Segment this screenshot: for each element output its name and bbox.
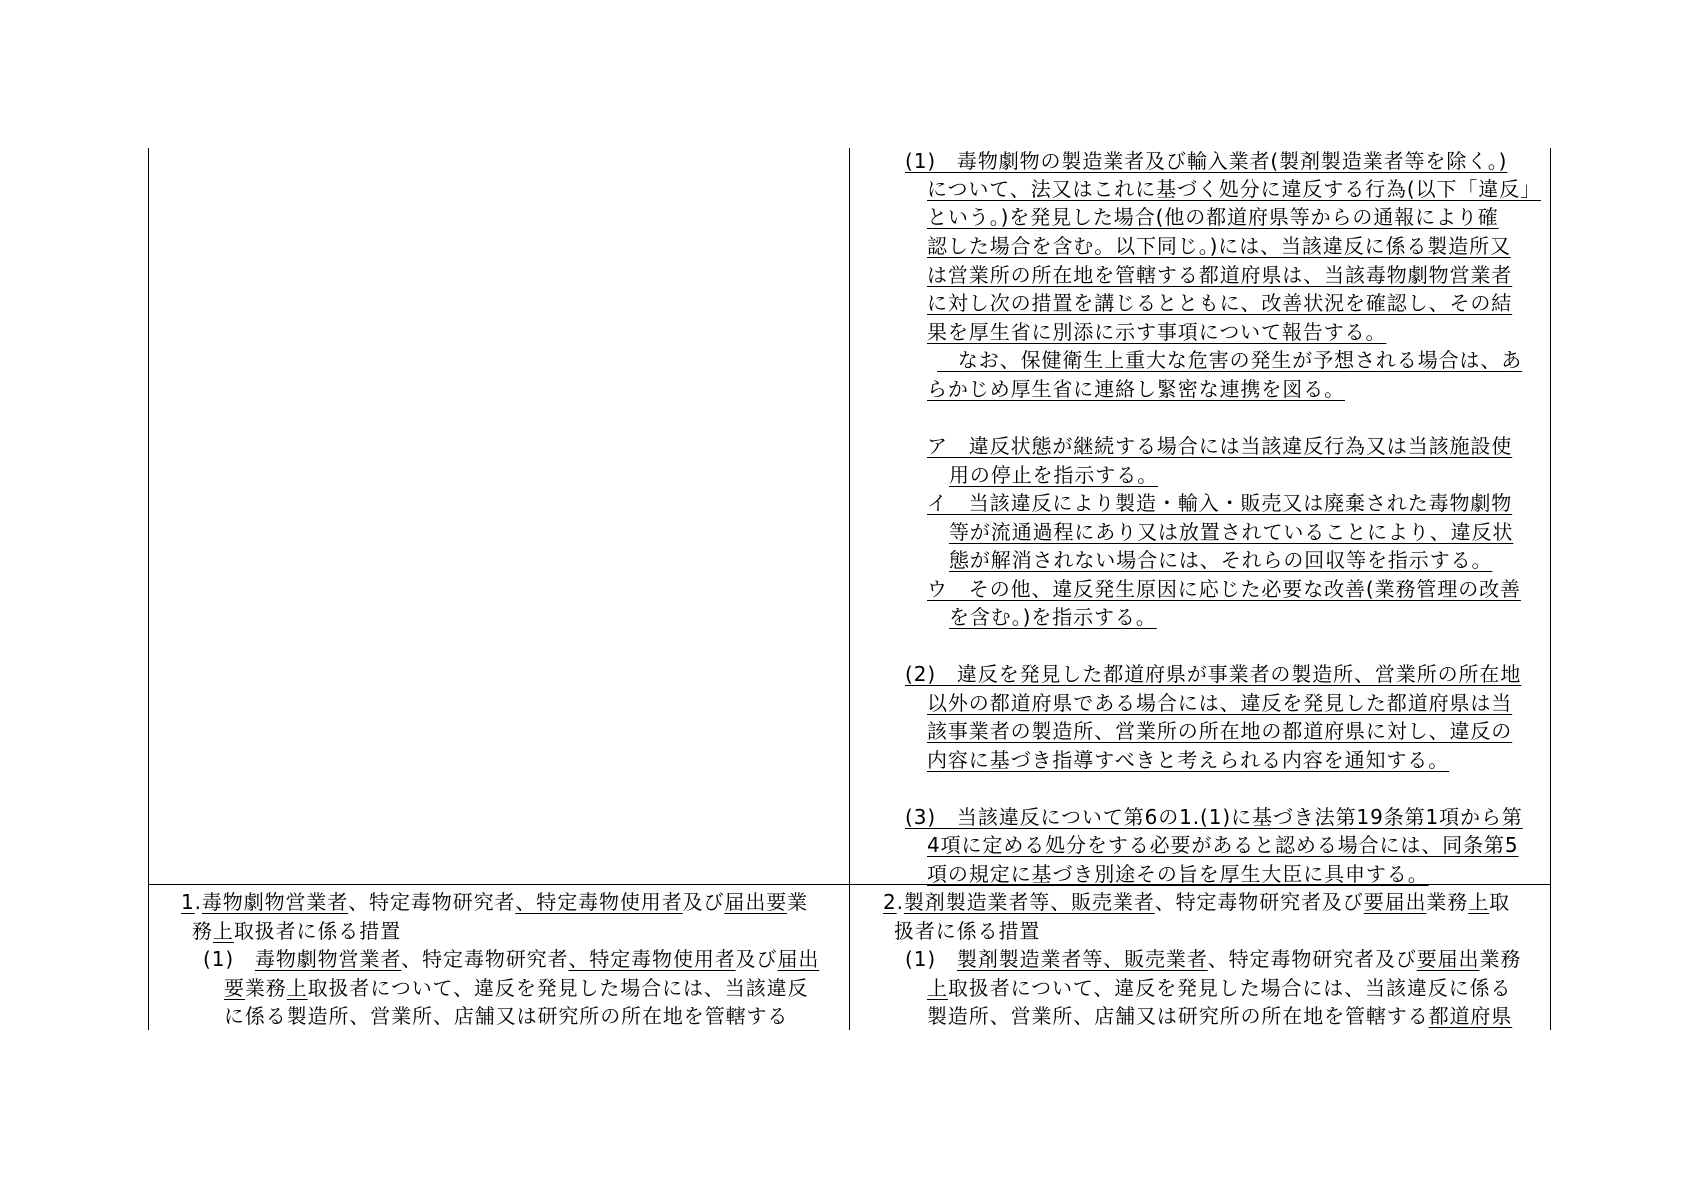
section2-heading-cont: 扱者に係る措置: [894, 917, 1040, 945]
item1-line: という。)を発見した場合(他の都道府県等からの通報により確: [927, 203, 1499, 231]
text: 、特定毒物使用者: [568, 947, 735, 971]
subitem-i-line: 等が流通過程にあり又は放置されていることにより、違反状: [949, 518, 1513, 546]
item1-line: (1) 毒物劇物の製造業者及び輸入業者(製剤製造業者等を除く。): [905, 147, 1507, 175]
text: 取扱者に係る措置: [234, 919, 401, 943]
item2-line: (2) 違反を発見した都道府県が事業者の製造所、営業所の所在地: [905, 660, 1521, 688]
item2-line: 該事業者の製造所、営業所の所在地の都道府県に対し、違反の: [927, 717, 1512, 745]
text: 務: [192, 919, 213, 943]
text: (1): [905, 947, 957, 971]
subitem-i-line: 態が解消されない場合には、それらの回収等を指示する。: [949, 546, 1492, 574]
item1-note-line: らかじめ厚生省に連絡し緊密な連携を図る。: [927, 375, 1345, 403]
item1-line: について、法又はこれに基づく処分に違反する行為(以下「違反」: [927, 175, 1541, 203]
subitem-u-line: ウ その他、違反発生原因に応じた必要な改善(業務管理の改善: [927, 575, 1521, 603]
subitem-a-line: 用の停止を指示する。: [949, 461, 1158, 489]
section1-sub1-line: に係る製造所、営業所、店舗又は研究所の所在地を管轄する: [224, 1002, 788, 1030]
text: 業務: [245, 976, 287, 1000]
text: 、特定毒物研究者及び: [1208, 947, 1417, 971]
text: 上: [927, 976, 948, 1000]
text: 毒物劇物営業者: [255, 947, 401, 971]
item1-line: は営業所の所在地を管轄する都道府県は、当該毒物劇物営業者: [927, 261, 1512, 289]
text: .: [195, 890, 202, 914]
cell-top-left: [149, 148, 849, 884]
text: 製剤製造業者等、販売業者: [957, 947, 1208, 971]
text: .: [897, 890, 904, 914]
section1-sub1-line: (1) 毒物劇物営業者、特定毒物研究者、特定毒物使用者及び届出: [203, 945, 819, 973]
item3-line: 4項に定める処分をする必要があると認める場合には、同条第5: [927, 831, 1519, 859]
heading-number: 2: [883, 890, 897, 914]
text: 上: [1468, 890, 1489, 914]
text: 届出要: [724, 890, 787, 914]
subitem-a-line: ア 違反状態が継続する場合には当該違反行為又は当該施設使: [927, 432, 1512, 460]
section1-heading-cont: 務上取扱者に係る措置: [192, 917, 401, 945]
subitem-i-line: イ 当該違反により製造・輸入・販売又は廃棄された毒物劇物: [927, 489, 1512, 517]
text: 製造所、営業所、店舗又は研究所の所在地を管轄する: [927, 1004, 1429, 1028]
section2-sub1-line: 製造所、営業所、店舗又は研究所の所在地を管轄する都道府県: [927, 1002, 1512, 1030]
section2-sub1-line: 上取扱者について、違反を発見した場合には、当該違反に係る: [927, 974, 1511, 1002]
item1-line: 認した場合を含む。以下同じ。)には、当該違反に係る製造所又: [927, 232, 1511, 260]
text: 及び: [683, 890, 725, 914]
item1-line: 果を厚生省に別添に示す事項について報告する。: [927, 318, 1386, 346]
text: 、特定毒物研究者及び: [1155, 890, 1364, 914]
text: 要: [224, 976, 245, 1000]
section1-sub1-line: 要業務上取扱者について、違反を発見した場合には、当該違反: [224, 974, 808, 1002]
text: 上: [287, 976, 308, 1000]
text: 、特定毒物研究者: [401, 947, 568, 971]
text: 取: [1489, 890, 1510, 914]
text: 要届出: [1364, 890, 1427, 914]
section1-heading: 1.毒物劇物営業者、特定毒物研究者、特定毒物使用者及び届出要業: [181, 888, 808, 916]
text: 届出: [777, 947, 819, 971]
text: 、特定毒物使用者: [515, 890, 682, 914]
table-border-middle: [849, 148, 850, 1030]
table-border-right: [1550, 148, 1551, 1030]
item1-line: に対し次の措置を講じるとともに、改善状況を確認し、その結: [927, 289, 1512, 317]
item3-line: 項の規定に基づき別途その旨を厚生大臣に具申する。: [927, 860, 1429, 888]
text: 業務: [1479, 947, 1521, 971]
text: 都道府県: [1429, 1004, 1513, 1028]
item1-note-line: なお、保健衛生上重大な危害の発生が予想される場合は、あ: [937, 346, 1522, 374]
text: 業: [787, 890, 808, 914]
text: 要届出: [1417, 947, 1480, 971]
subitem-u-line: を含む。)を指示する。: [949, 603, 1157, 631]
heading-number: 1: [181, 890, 195, 914]
text: 上: [213, 919, 234, 943]
text: 毒物劇物営業者: [202, 890, 348, 914]
item3-line: (3) 当該違反について第6の1.(1)に基づき法第19条第1項から第: [905, 803, 1523, 831]
item2-line: 以外の都道府県である場合には、違反を発見した都道府県は当: [927, 689, 1512, 717]
text: 製剤製造業者等、販売業者: [904, 890, 1155, 914]
text: (1): [203, 947, 255, 971]
text: 、特定毒物研究者: [348, 890, 515, 914]
section2-sub1-line: (1) 製剤製造業者等、販売業者、特定毒物研究者及び要届出業務: [905, 945, 1521, 973]
section2-heading: 2.製剤製造業者等、販売業者、特定毒物研究者及び要届出業務上取: [883, 888, 1510, 916]
text: 取扱者について、違反を発見した場合には、当該違反に係る: [948, 976, 1512, 1000]
text: 及び: [736, 947, 778, 971]
item2-line: 内容に基づき指導すべきと考えられる内容を通知する。: [927, 746, 1449, 774]
text: 取扱者について、違反を発見した場合には、当該違反: [308, 976, 809, 1000]
text: 業務: [1426, 890, 1468, 914]
